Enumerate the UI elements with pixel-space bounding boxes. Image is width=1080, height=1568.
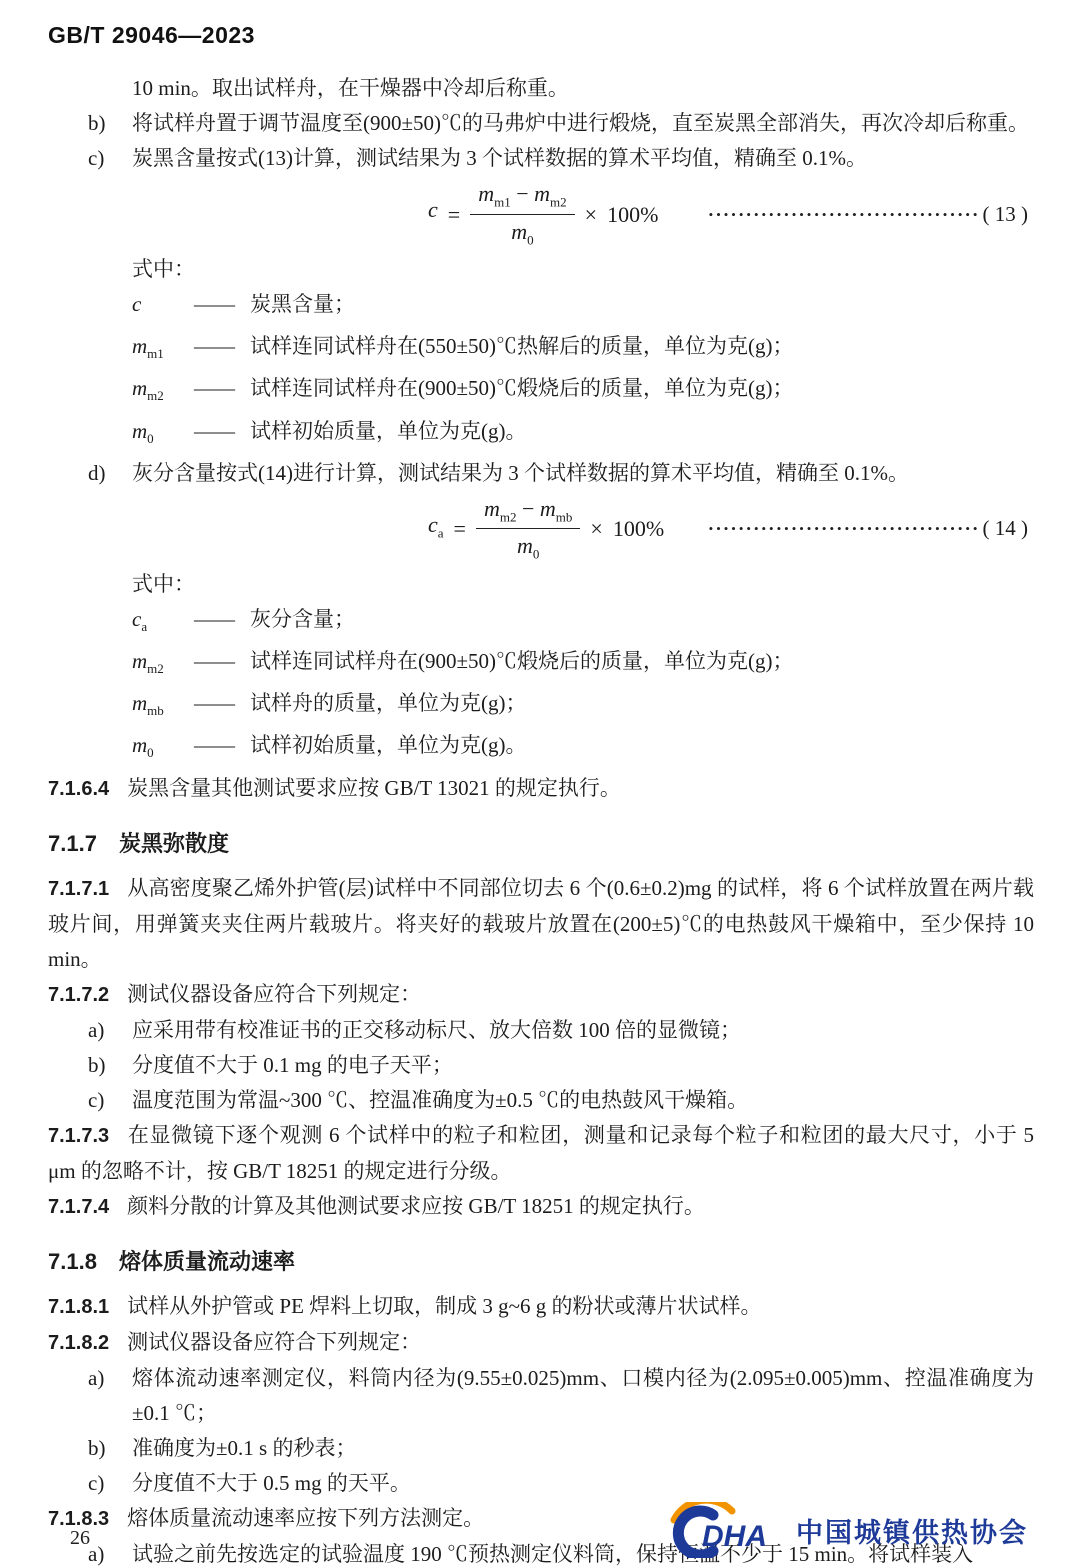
- list-marker: c): [88, 141, 132, 176]
- equation-number: ( 13 ): [983, 197, 1029, 232]
- list-item-text: 温度范围为常温~300 ℃、控温准确度为±0.5 ℃的电热鼓风干燥箱。: [132, 1083, 1034, 1118]
- list-item-text: 分度值不大于 0.5 mg 的天平。: [132, 1466, 1034, 1501]
- list-item-text: 分度值不大于 0.1 mg 的电子天平；: [132, 1048, 1034, 1083]
- definition-dash: ——: [194, 371, 250, 413]
- clause-text: 试样从外护管或 PE 焊料上切取，制成 3 g~6 g 的粉状或薄片状试样。: [127, 1294, 761, 1318]
- list-item-b: b) 分度值不大于 0.1 mg 的电子天平；: [48, 1048, 1034, 1083]
- clause-text: 熔体质量流动速率应按下列方法测定。: [127, 1506, 484, 1530]
- definition-text: 试样连同试样舟在(900±50)℃煅烧后的质量，单位为克(g)；: [250, 644, 1034, 686]
- clause-7-1-8-1: 7.1.8.1试样从外护管或 PE 焊料上切取，制成 3 g~6 g 的粉状或薄…: [48, 1289, 1034, 1325]
- list-marker: c): [88, 1466, 132, 1501]
- list-item-text: 应采用带有校准证书的正交移动标尺、放大倍数 100 倍的显微镜；: [132, 1013, 1034, 1048]
- paragraph-continuation: 10 min。取出试样舟，在干燥器中冷却后称重。: [48, 71, 1034, 106]
- list-item-c: c) 分度值不大于 0.5 mg 的天平。: [48, 1466, 1034, 1501]
- clause-number: 7.1.7.2: [48, 984, 109, 1006]
- times-sign: ×: [585, 197, 597, 232]
- clause-text: 测试仪器设备应符合下列规定：: [127, 1330, 421, 1354]
- clause-text: 测试仪器设备应符合下列规定：: [127, 982, 421, 1006]
- heading-7-1-7: 7.1.7炭黑弥散度: [48, 829, 1034, 859]
- symbol-definition: m0 —— 试样初始质量，单位为克(g)。: [48, 728, 1034, 770]
- percent-value: 100%: [613, 511, 664, 546]
- equation-13: c = mm1 − mm2 m0 × 100%: [428, 180, 658, 248]
- equation-14: ca = mm2 − mmb m0 × 100%: [428, 495, 664, 563]
- heading-7-1-8: 7.1.8熔体质量流动速率: [48, 1247, 1034, 1277]
- numerator: mm1 − mm2: [470, 180, 574, 215]
- list-marker: a): [88, 1537, 132, 1568]
- clause-number: 7.1.8.1: [48, 1296, 109, 1318]
- list-item-text: 灰分含量按式(14)进行计算，测试结果为 3 个试样数据的算术平均值，精确至 0…: [132, 456, 1034, 491]
- definition-dash: ——: [194, 414, 250, 456]
- list-item-b: b) 将试样舟置于调节温度至(900±50)℃的马弗炉中进行煅烧，直至炭黑全部消…: [48, 106, 1034, 141]
- association-logo: DHA 中国城镇供热协会: [666, 1502, 1028, 1558]
- symbol: mm1: [132, 329, 194, 371]
- symbol-definition: mmb —— 试样舟的质量，单位为克(g)；: [48, 686, 1034, 728]
- document-body: 10 min。取出试样舟，在干燥器中冷却后称重。 b) 将试样舟置于调节温度至(…: [48, 71, 1034, 1568]
- clause-7-1-7-3: 7.1.7.3在显微镜下逐个观测 6 个试样中的粒子和粒团，测量和记录每个粒子和…: [48, 1118, 1034, 1189]
- list-item-c: c) 温度范围为常温~300 ℃、控温准确度为±0.5 ℃的电热鼓风干燥箱。: [48, 1083, 1034, 1118]
- symbol-definition: mm1 —— 试样连同试样舟在(550±50)℃热解后的质量，单位为克(g)；: [48, 329, 1034, 371]
- symbol-definition: c —— 炭黑含量；: [48, 287, 1034, 329]
- list-item-text: 准确度为±0.1 s 的秒表；: [132, 1431, 1034, 1466]
- definition-dash: ——: [194, 287, 250, 329]
- definition-dash: ——: [194, 644, 250, 686]
- list-item-d: d) 灰分含量按式(14)进行计算，测试结果为 3 个试样数据的算术平均值，精确…: [48, 456, 1034, 491]
- symbol-definition: mm2 —— 试样连同试样舟在(900±50)℃煅烧后的质量，单位为克(g)；: [48, 371, 1034, 413]
- denominator: m0: [470, 215, 574, 249]
- symbol: mm2: [132, 371, 194, 413]
- times-sign: ×: [590, 511, 602, 546]
- heading-number: 7.1.8: [48, 1249, 97, 1274]
- list-marker: b): [88, 1431, 132, 1466]
- heading-title: 熔体质量流动速率: [119, 1249, 295, 1274]
- list-marker: b): [88, 1048, 132, 1083]
- list-item-text: 将试样舟置于调节温度至(900±50)℃的马弗炉中进行煅烧，直至炭黑全部消失，再…: [132, 106, 1034, 141]
- logo-abbr: DHA: [702, 1520, 767, 1553]
- denominator: m0: [476, 529, 580, 563]
- clause-number: 7.1.7.3: [48, 1125, 109, 1147]
- fraction: mm2 − mmb m0: [476, 495, 580, 563]
- clause-number: 7.1.7.4: [48, 1196, 109, 1218]
- list-item-a: a) 熔体流动速率测定仪，料筒内径为(9.55±0.025)mm、口模内径为(2…: [48, 1361, 1034, 1431]
- heading-title: 炭黑弥散度: [119, 831, 229, 856]
- minus-sign: −: [516, 181, 528, 206]
- symbol-definition: ca —— 灰分含量；: [48, 602, 1034, 644]
- symbol: mmb: [132, 686, 194, 728]
- clause-number: 7.1.7.1: [48, 878, 109, 900]
- list-marker: a): [88, 1361, 132, 1431]
- list-item-text: 熔体流动速率测定仪，料筒内径为(9.55±0.025)mm、口模内径为(2.09…: [132, 1361, 1034, 1431]
- equation-number: ( 14 ): [983, 511, 1029, 546]
- clause-text: 颜料分散的计算及其他测试要求应按 GB/T 18251 的规定执行。: [127, 1194, 705, 1218]
- clause-number: 7.1.8.2: [48, 1332, 109, 1354]
- dot-leader: ••••••••••••••••••••••••••••••••••••: [672, 197, 980, 232]
- standard-number-header: GB/T 29046—2023: [48, 22, 1034, 49]
- equals-sign: =: [454, 511, 466, 546]
- list-marker: a): [88, 1013, 132, 1048]
- definition-text: 试样初始质量，单位为克(g)。: [250, 728, 1034, 770]
- clause-7-1-6-4: 7.1.6.4炭黑含量其他测试要求应按 GB/T 13021 的规定执行。: [48, 771, 1034, 807]
- symbol-definition: m0 —— 试样初始质量，单位为克(g)。: [48, 414, 1034, 456]
- page-number: 26: [70, 1527, 90, 1550]
- definition-dash: ——: [194, 686, 250, 728]
- formula-14: ca = mm2 − mmb m0 × 100% •••••••••••••••…: [48, 495, 1034, 563]
- symbol: c: [132, 287, 194, 329]
- clause-7-1-7-1: 7.1.7.1从高密度聚乙烯外护管(层)试样中不同部位切去 6 个(0.6±0.…: [48, 871, 1034, 977]
- definition-dash: ——: [194, 329, 250, 371]
- list-marker: c): [88, 1083, 132, 1118]
- definition-text: 试样连同试样舟在(900±50)℃煅烧后的质量，单位为克(g)；: [250, 371, 1034, 413]
- minus-sign: −: [522, 496, 534, 521]
- clause-text: 炭黑含量其他测试要求应按 GB/T 13021 的规定执行。: [127, 776, 621, 800]
- dot-leader: ••••••••••••••••••••••••••••••••••••: [678, 511, 980, 546]
- percent-value: 100%: [607, 197, 658, 232]
- definition-dash: ——: [194, 602, 250, 644]
- clause-7-1-8-2: 7.1.8.2测试仪器设备应符合下列规定：: [48, 1325, 1034, 1361]
- definition-text: 试样初始质量，单位为克(g)。: [250, 414, 1034, 456]
- numerator: mm2 − mmb: [476, 495, 580, 530]
- clause-7-1-7-2: 7.1.7.2测试仪器设备应符合下列规定：: [48, 977, 1034, 1013]
- definition-text: 试样连同试样舟在(550±50)℃热解后的质量，单位为克(g)；: [250, 329, 1034, 371]
- list-item-b: b) 准确度为±0.1 s 的秒表；: [48, 1431, 1034, 1466]
- list-item-a: a) 应采用带有校准证书的正交移动标尺、放大倍数 100 倍的显微镜；: [48, 1013, 1034, 1048]
- list-marker: b): [88, 106, 132, 141]
- symbol: mm2: [132, 644, 194, 686]
- list-item-c: c) 炭黑含量按式(13)计算，测试结果为 3 个试样数据的算术平均值，精确至 …: [48, 141, 1034, 176]
- formula-13: c = mm1 − mm2 m0 × 100% ••••••••••••••••…: [48, 180, 1034, 248]
- equals-sign: =: [448, 197, 460, 232]
- definition-text: 试样舟的质量，单位为克(g)；: [250, 686, 1034, 728]
- clause-text: 在显微镜下逐个观测 6 个试样中的粒子和粒团，测量和记录每个粒子和粒团的最大尺寸…: [48, 1123, 1034, 1183]
- association-name: 中国城镇供热协会: [796, 1511, 1028, 1550]
- clause-7-1-7-4: 7.1.7.4颜料分散的计算及其他测试要求应按 GB/T 18251 的规定执行…: [48, 1189, 1034, 1225]
- definition-text: 灰分含量；: [250, 602, 1034, 644]
- fraction: mm1 − mm2 m0: [470, 180, 574, 248]
- symbol-definition: mm2 —— 试样连同试样舟在(900±50)℃煅烧后的质量，单位为克(g)；: [48, 644, 1034, 686]
- definition-dash: ——: [194, 728, 250, 770]
- where-label: 式中：: [48, 252, 1034, 287]
- symbol: ca: [132, 602, 194, 644]
- symbol: m0: [132, 728, 194, 770]
- where-label: 式中：: [48, 567, 1034, 602]
- document-page: GB/T 29046—2023 10 min。取出试样舟，在干燥器中冷却后称重。…: [0, 0, 1080, 1568]
- symbol: m0: [132, 414, 194, 456]
- lhs: ca: [428, 507, 444, 550]
- clause-number: 7.1.6.4: [48, 778, 109, 800]
- dha-logo-mark: DHA: [666, 1502, 788, 1558]
- definition-text: 炭黑含量；: [250, 287, 1034, 329]
- list-marker: d): [88, 456, 132, 491]
- lhs: c: [428, 192, 438, 235]
- list-item-text: 炭黑含量按式(13)计算，测试结果为 3 个试样数据的算术平均值，精确至 0.1…: [132, 141, 1034, 176]
- heading-number: 7.1.7: [48, 831, 97, 856]
- clause-text: 从高密度聚乙烯外护管(层)试样中不同部位切去 6 个(0.6±0.2)mg 的试…: [48, 876, 1034, 971]
